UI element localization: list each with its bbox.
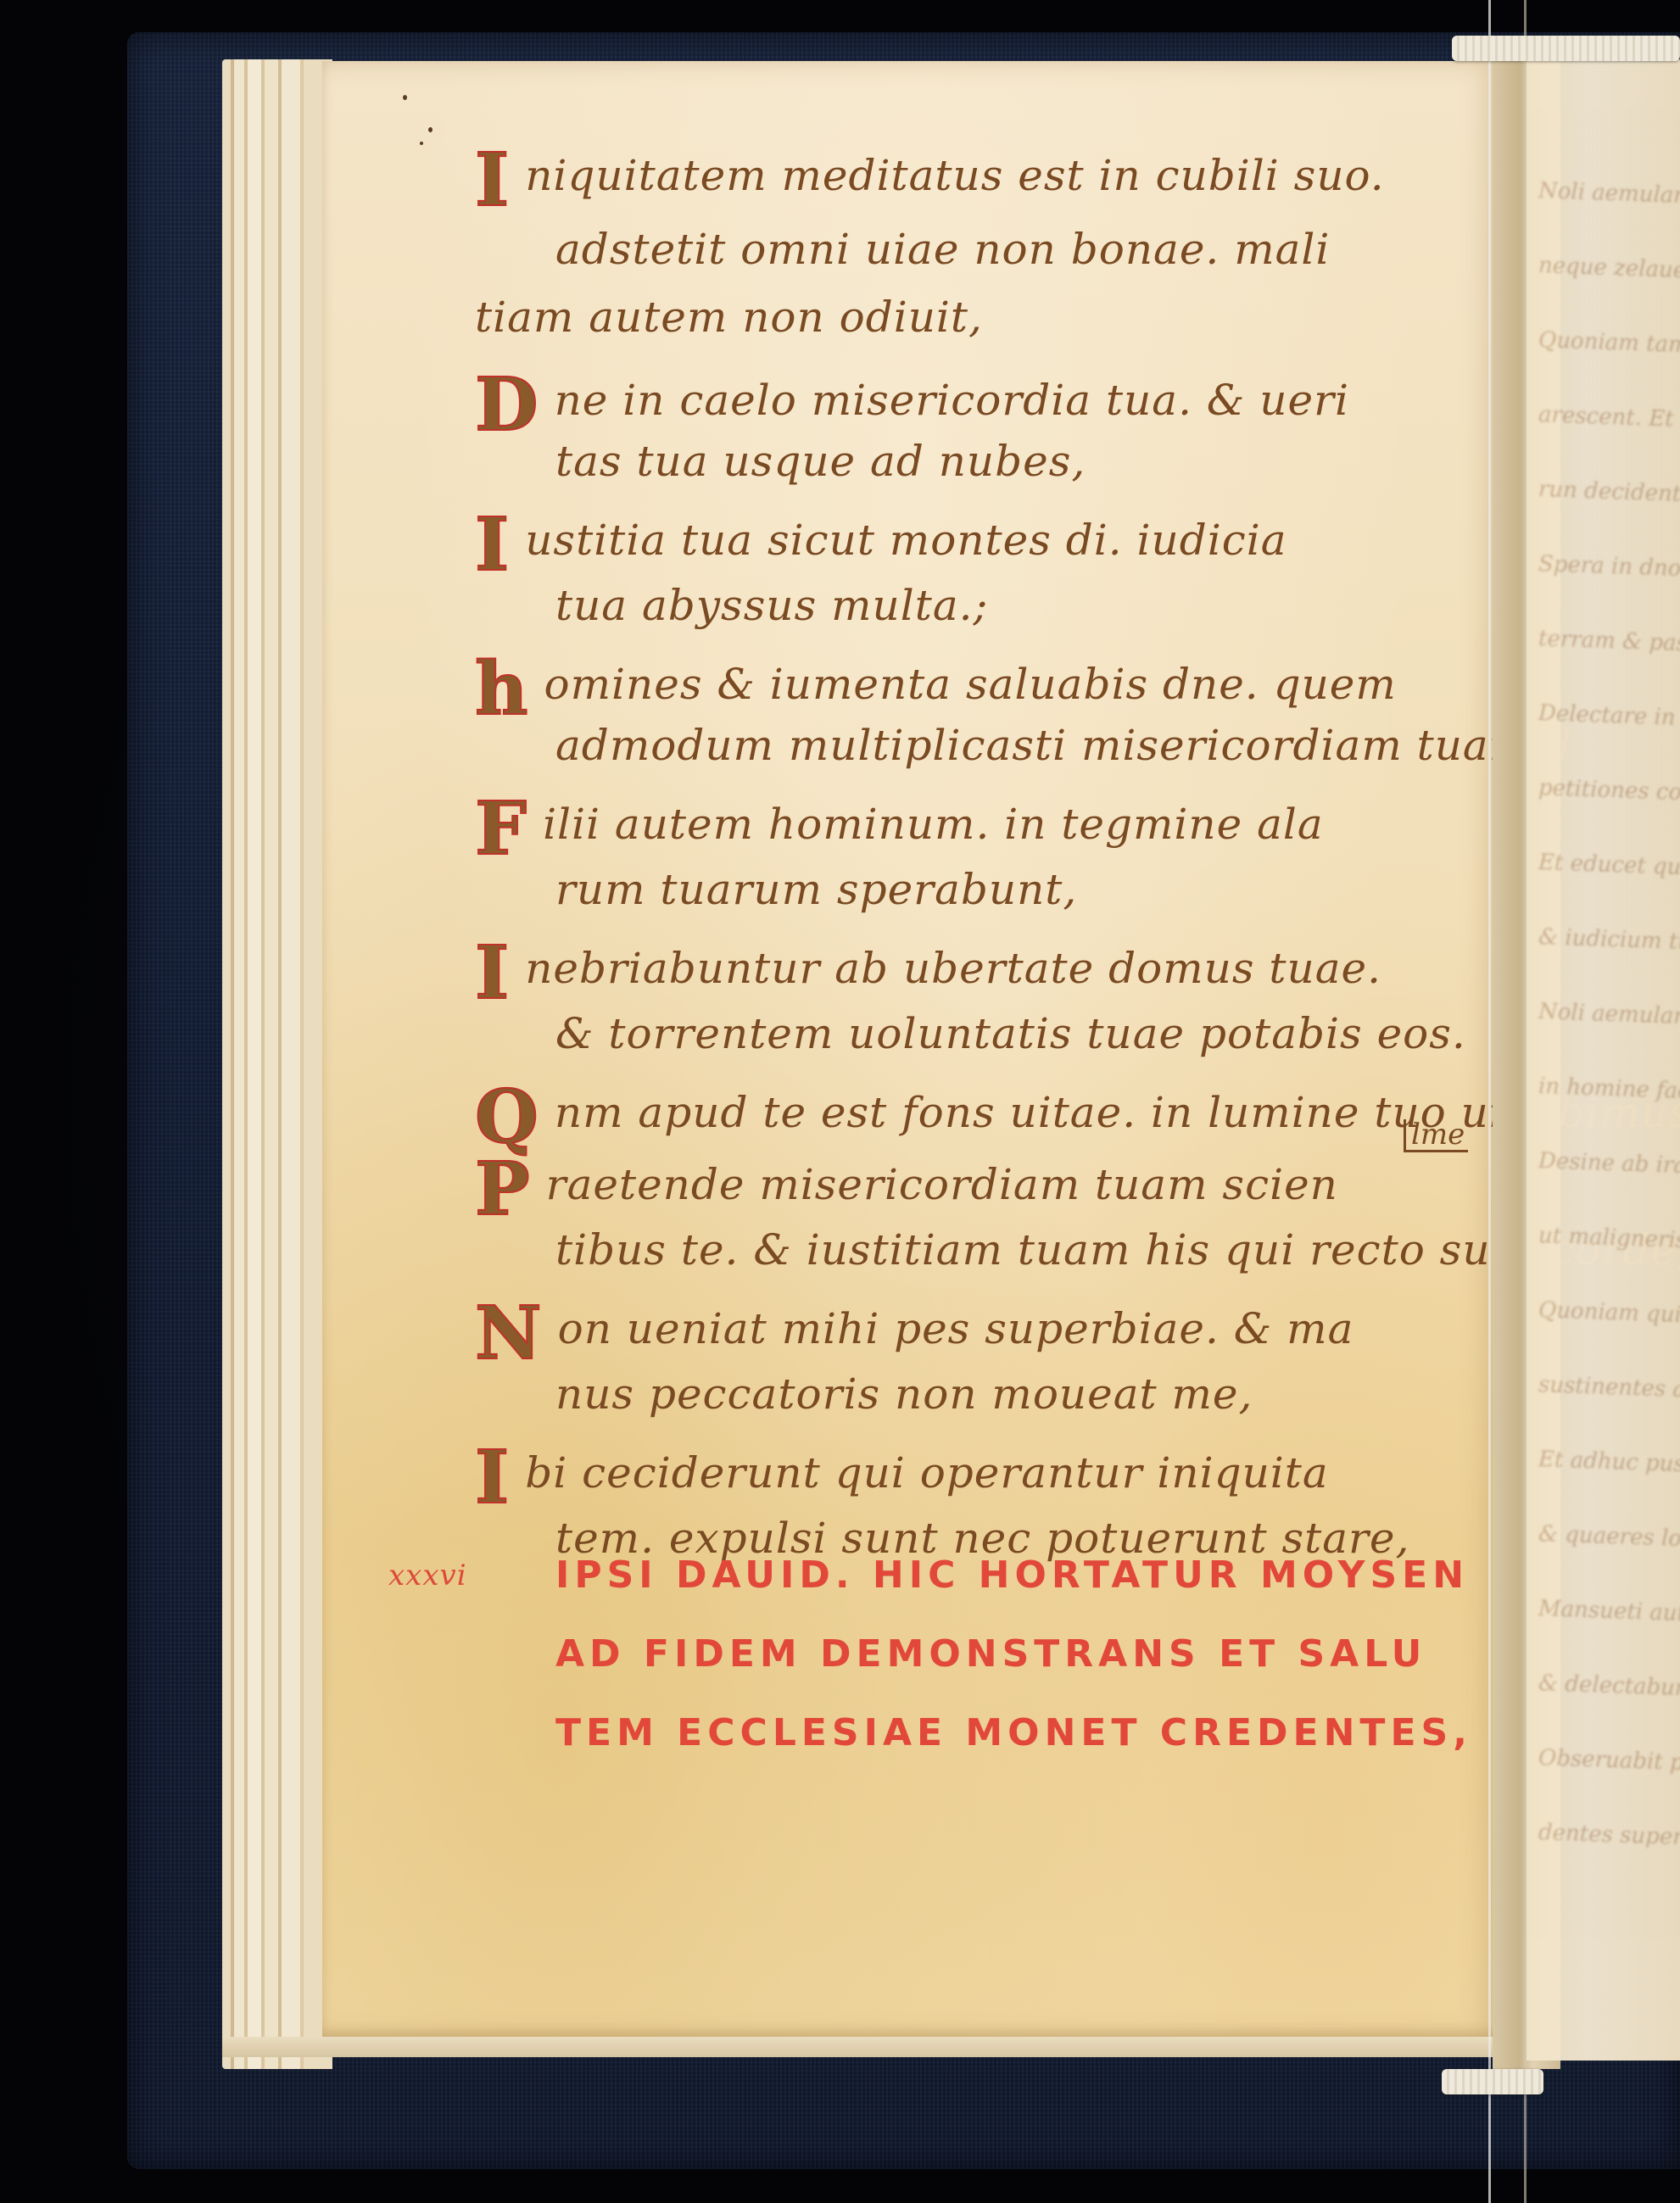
facing-page: Noli aemulari in malignaneque zelaueris …	[1527, 59, 1680, 2061]
illuminated-initial: P	[475, 1153, 531, 1226]
facing-page-line: Quoniam tamquam faenum	[1538, 327, 1680, 363]
psalm-line: rum tuarum sperabunt,	[555, 865, 1077, 914]
psalm-line: & torrentem uoluntatis tuae potabis eos.	[555, 1009, 1466, 1058]
facing-page-line: sustinentes autem dnm	[1538, 1372, 1680, 1407]
psalm-line-text: adstetit omni uiae non bonae. mali	[555, 225, 1330, 274]
facing-page-line: ut maligneris	[1538, 1223, 1680, 1253]
facing-page-line: neque zelaueris facien	[1538, 253, 1680, 287]
psalm-line: Iniquitatem meditatus est in cubili suo.	[475, 144, 1385, 217]
illuminated-initial: I	[475, 1442, 510, 1514]
psalm-line: tua abyssus multa.;	[555, 581, 988, 630]
plastic-sheet-edge	[1488, 0, 1491, 2203]
psalm-line: Dne in caelo misericordia tua. & ueri	[475, 369, 1349, 442]
psalm-line-text: tas tua usque ad nubes,	[555, 437, 1086, 486]
facing-page-line: in homine faciente iniustitias	[1538, 1074, 1680, 1110]
psalm-line: Inebriabuntur ab ubertate domus tuae.	[475, 937, 1381, 1010]
page-bottom-edge	[222, 2037, 1507, 2057]
facing-page-line: & quaeres locum eius	[1538, 1521, 1680, 1555]
facing-page-line: Obseruabit peccator iustum	[1538, 1745, 1680, 1782]
facing-page-line: Spera in dno et fac bonitatem	[1538, 551, 1680, 588]
rubric-line-2: AD FIDEM DEMONSTRANS ET SALU	[555, 1632, 1426, 1676]
facing-page-line: terram & pasceris in diuitiis	[1538, 626, 1680, 662]
illuminated-initial: N	[475, 1297, 543, 1370]
ink-speck	[403, 95, 407, 100]
psalm-line-text: on ueniat mihi pes superbiae. & ma	[558, 1304, 1354, 1353]
facing-page-line: Desine ab ira & derelinque	[1538, 1148, 1680, 1184]
psalm-line-text: & torrentem uoluntatis tuae potabis eos.	[555, 1009, 1466, 1058]
facing-page-line: Mansueti autem haereditabunt	[1538, 1596, 1680, 1633]
facing-page-line: & delectabuntur in multitudine	[1538, 1670, 1680, 1708]
facing-page-line: Delectare in dno & dabit	[1538, 700, 1680, 735]
ink-speck	[428, 127, 433, 132]
psalm-line: Ibi ceciderunt qui operantur iniquita	[475, 1442, 1329, 1514]
psalm-line: Praetende misericordiam tuam scien	[475, 1153, 1338, 1226]
psalm-line-text: nus peccatoris non moueat me,	[555, 1369, 1253, 1419]
facing-page-line: petitiones cordis tui. Reuela	[1538, 775, 1680, 811]
psalm-line-text: tua abyssus multa.;	[555, 581, 988, 630]
psalm-line-text: niquitatem meditatus est in cubili suo.	[525, 151, 1384, 200]
psalm-line-text: nebriabuntur ab ubertate domus tuae.	[525, 944, 1381, 993]
psalm-line-text: omines & iumenta saluabis dne. quem	[544, 660, 1397, 709]
illuminated-initial: I	[475, 509, 510, 582]
psalm-line-text: ne in caelo misericordia tua. & ueri	[555, 376, 1349, 425]
psalm-line-text: ilii autem hominum. in tegmine ala	[543, 800, 1324, 849]
facing-page-line: dentes super eum dentibus	[1538, 1820, 1680, 1855]
psalm-line-text: tiam autem non odiuit,	[475, 293, 983, 342]
psalm-line: Non ueniat mihi pes superbiae. & ma	[475, 1297, 1353, 1370]
illuminated-initial: D	[475, 369, 539, 442]
binding-tape-top	[1452, 36, 1680, 61]
psalm-line: admodum multiplicasti misericordiam tuam…	[555, 721, 1572, 770]
psalm-line-text: rum tuarum sperabunt,	[555, 865, 1077, 914]
illuminated-initial: h	[475, 653, 529, 726]
psalm-number: xxxvi	[388, 1559, 467, 1592]
illuminated-initial: I	[475, 937, 510, 1010]
psalm-line-text: raetende misericordiam tuam scien	[546, 1160, 1338, 1209]
psalm-line: Iustitia tua sicut montes di. iudicia	[475, 509, 1287, 582]
facing-page-line: Quoniam qui malignantur	[1538, 1297, 1680, 1333]
psalm-line-text: bi ceciderunt qui operantur iniquita	[525, 1448, 1328, 1497]
page-block-edges	[222, 59, 332, 2069]
illuminated-initial: I	[475, 144, 510, 217]
rubric-line-3: TEM ECCLESIAE MONET CREDENTES,	[555, 1711, 1472, 1754]
ink-speck	[420, 142, 423, 145]
margin-correction-note: lme	[1404, 1119, 1468, 1152]
facing-page-line: & iudicium tuum sicut meridie	[1538, 924, 1680, 962]
psalm-line: tiam autem non odiuit,	[475, 293, 983, 342]
psalm-line: tas tua usque ad nubes,	[555, 437, 1086, 486]
illuminated-initial: F	[475, 793, 527, 866]
facing-page-line: Et educet quasi lumen	[1538, 850, 1680, 884]
psalm-line: Filii autem hominum. in tegmine ala	[475, 793, 1324, 866]
psalm-line-text: admodum multiplicasti misericordiam tuam…	[555, 721, 1572, 770]
facing-page-line: Et adhuc pusillum & non	[1538, 1447, 1680, 1481]
facing-page-line: Noli aemulari in eo qui prosperatur	[1538, 999, 1680, 1038]
psalm-line: homines & iumenta saluabis dne. quem	[475, 653, 1397, 726]
facing-page-line: arescent. Et quemadmodum	[1538, 402, 1680, 438]
psalm-line: adstetit omni uiae non bonae. mali	[555, 225, 1330, 274]
plastic-sheet-edge	[1524, 0, 1527, 2203]
psalm-line-text: ustitia tua sicut montes di. iudicia	[525, 516, 1287, 565]
rubric-line-1: IPSI DAUID. HIC HORTATUR MOYSEN	[555, 1553, 1469, 1597]
binding-tape-bottom	[1442, 2069, 1543, 2094]
facing-page-line: run decident.	[1538, 477, 1680, 507]
facing-page-line: Noli aemulari in maligna	[1538, 178, 1680, 213]
illuminated-initial: Q	[475, 1081, 539, 1154]
psalm-line: nus peccatoris non moueat me,	[555, 1369, 1253, 1419]
